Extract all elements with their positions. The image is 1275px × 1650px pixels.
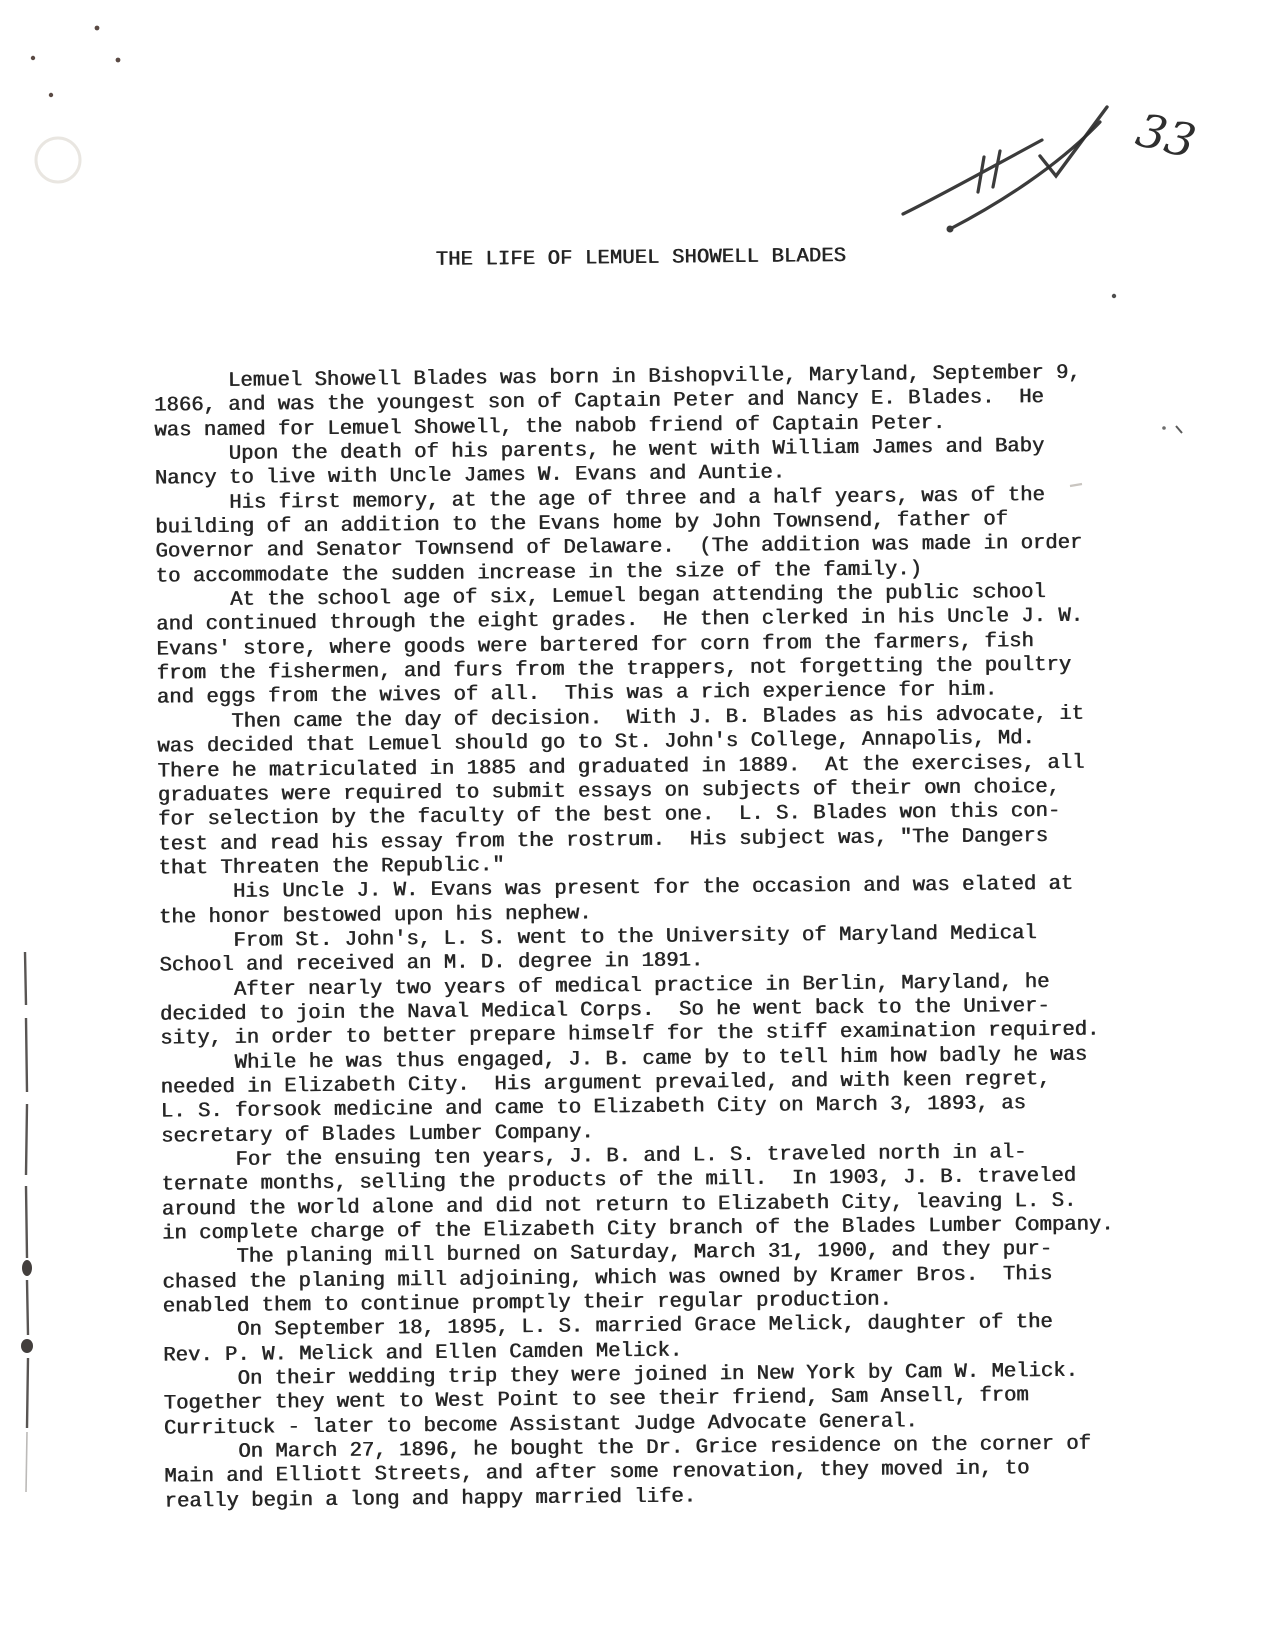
paragraph: Lemuel Showell Blades was born in Bishop… [154,361,1165,444]
paragraph: His first memory, at the age of three an… [155,483,1166,590]
scanned-document-page: THE LIFE OF LEMUEL SHOWELL BLADES Lemuel… [0,0,1275,1650]
document-body: Lemuel Showell Blades was born in Bishop… [154,361,1175,1515]
paragraph: Then came the day of decision. With J. B… [157,702,1169,882]
paragraph: On their wedding trip they were joined i… [163,1359,1174,1442]
paragraph: On March 27, 1896, he bought the Dr. Gri… [164,1432,1175,1515]
paragraph: The planing mill burned on Saturday, Mar… [162,1237,1173,1320]
paragraph: After nearly two years of medical practi… [159,969,1170,1052]
scan-skew-wrapper: THE LIFE OF LEMUEL SHOWELL BLADES Lemuel… [0,0,1275,1650]
document-title: THE LIFE OF LEMUEL SHOWELL BLADES [435,245,846,272]
paragraph: While he was thus engaged, J. B. came by… [160,1043,1171,1150]
paragraph: At the school age of six, Lemuel began a… [156,580,1167,711]
paragraph: For the ensuing ten years, J. B. and L. … [161,1140,1172,1247]
